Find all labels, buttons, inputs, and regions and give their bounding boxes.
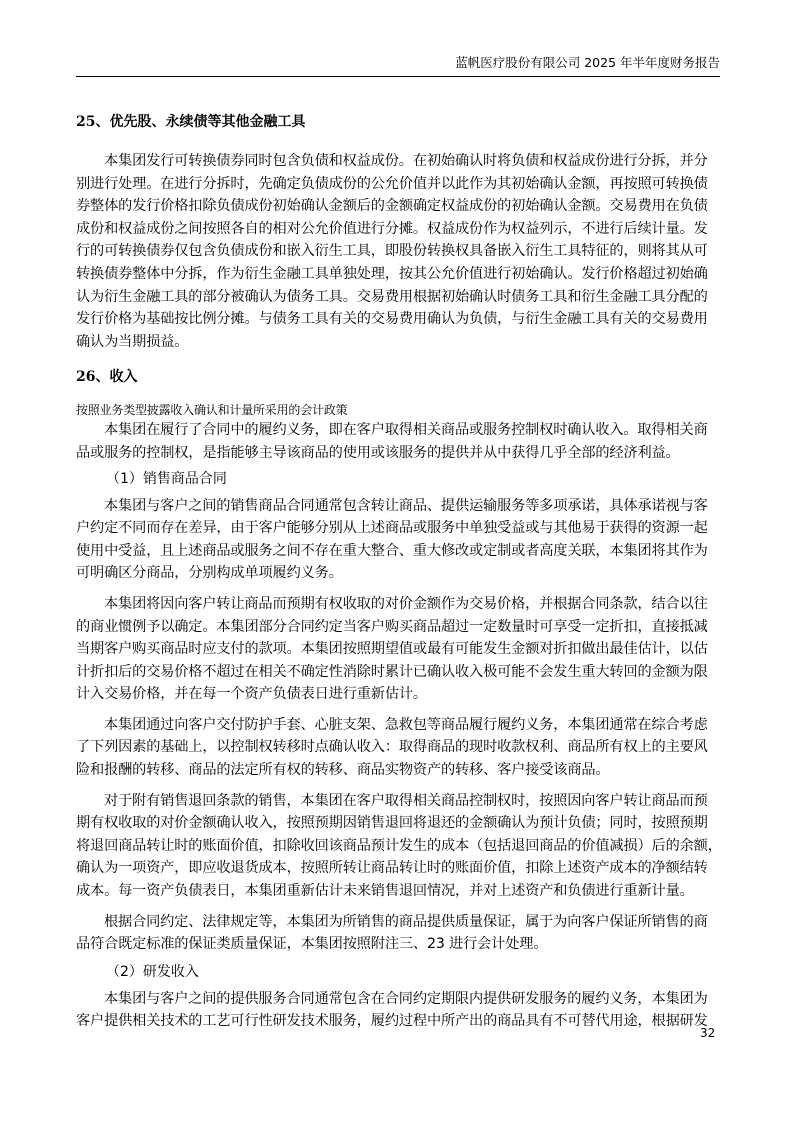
paragraph-rd-1: 本集团与客户之间的提供服务合同通常包含在合同约定期限内提供研发服务的履约义务，本… (76, 988, 720, 1033)
text-line: 计折扣后的交易价格不超过在相关不确定性消除时累计已确认收入极可能不会发生重大转回… (76, 661, 720, 684)
item-label-rd-revenue: （2）研发收入 (76, 962, 720, 982)
text-line: 成本。每一资产负债表日，本集团重新估计未来销售退回情况，并对上述资产和负债进行重… (76, 880, 720, 903)
text-line: 行的可转换债券仅包含负债成份和嵌入衍生工具，即股份转换权具备嵌入衍生工具特征的，… (76, 240, 720, 263)
page-header: 蓝帆医疗股份有限公司 2025 年半年度财务报告 (76, 54, 720, 77)
text-line: 成份和权益成份之间按照各自的相对公允价值进行分摊。权益成份作为权益列示，不进行后… (76, 218, 720, 241)
section-heading-25: 25、优先股、永续债等其他金融工具 (76, 112, 720, 132)
paragraph-convertible-bonds: 本集团发行可转换债券同时包含负债和权益成份。在初始确认时将负债和权益成份进行分拆… (76, 150, 720, 353)
paragraph-sales-5: 根据合同约定、法律规定等，本集团为所销售的商品提供质量保证，属于为向客户保证所销… (76, 911, 720, 956)
paragraph-sales-2: 本集团将因向客户转让商品而预期有权收取的对价金额作为交易价格，并根据合同条款，结… (76, 593, 720, 706)
text-line: 使用中受益，且上述商品或服务之间不存在重大整合、重大修改或定制或者高度关联，本集… (76, 540, 720, 563)
text-line: 本集团与客户之间的提供服务合同通常包含在合同约定期限内提供研发服务的履约义务，本… (76, 988, 720, 1011)
text-line: 了下列因素的基础上，以控制权转移时点确认收入：取得商品的现时收款权利、商品所有权… (76, 736, 720, 759)
text-line: 券整体的发行价格扣除负债成份初始确认金额后的金额确定权益成份的初始确认金额。交易… (76, 195, 720, 218)
text-line: 当期客户购买商品时应支付的款项。本集团按照期望值或最有可能发生金额对折扣做出最佳… (76, 638, 720, 661)
paragraph-sales-3: 本集团通过向客户交付防护手套、心脏支架、急救包等商品履行履约义务，本集团通常在综… (76, 714, 720, 782)
section-heading-26: 26、收入 (76, 367, 720, 387)
text-line: 确认为一项资产，即应收退货成本，按照所转让商品转让时的账面价值，扣除上述资产成本… (76, 857, 720, 880)
paragraph-sales-4: 对于附有销售退回条款的销售，本集团在客户取得相关商品控制权时，按照因向客户转让商… (76, 790, 720, 903)
text-line: 认为衍生金融工具的部分被确认为债务工具。交易费用根据初始确认时债务工具和衍生金融… (76, 286, 720, 309)
item-label-sales-contracts: （1）销售商品合同 (76, 469, 720, 489)
text-line: 本集团在履行了合同中的履约义务，即在客户取得相关商品或服务控制权时确认收入。取得… (76, 419, 720, 442)
text-line: 户约定不同而存在差异，由于客户能够分别从上述商品或服务中单独受益或与其他易于获得… (76, 517, 720, 540)
text-line: 将退回商品转让时的账面价值，扣除收回该商品预计发生的成本（包括退回商品的价值减损… (76, 835, 720, 858)
text-line: 转换债券整体中分拆，作为衍生金融工具单独处理，按其公允价值进行初始确认。发行价格… (76, 263, 720, 286)
text-line: 别进行处理。在进行分拆时，先确定负债成份的公允价值并以此作为其初始确认金额，再按… (76, 173, 720, 196)
paragraph-sales-1: 本集团与客户之间的销售商品合同通常包含转让商品、提供运输服务等多项承诺，具体承诺… (76, 495, 720, 585)
paragraph-revenue-intro: 本集团在履行了合同中的履约义务，即在客户取得相关商品或服务控制权时确认收入。取得… (76, 419, 720, 464)
text-line: 本集团与客户之间的销售商品合同通常包含转让商品、提供运输服务等多项承诺，具体承诺… (76, 495, 720, 518)
page-body: 25、优先股、永续债等其他金融工具 本集团发行可转换债券同时包含负债和权益成份。… (76, 112, 720, 1033)
text-line: 客户提供相关技术的工艺可行性研发技术服务，履约过程中所产出的商品具有不可替代用途… (76, 1010, 720, 1033)
text-line: 品符合既定标准的保证类质量保证，本集团按照附注三、23 进行会计处理。 (76, 933, 720, 956)
text-line: 根据合同约定、法律规定等，本集团为所销售的商品提供质量保证，属于为向客户保证所销… (76, 911, 720, 934)
page-number: 32 (700, 1026, 715, 1040)
text-line: 险和报酬的转移、商品的法定所有权的转移、商品实物资产的转移、客户接受该商品。 (76, 759, 720, 782)
text-line: 对于附有销售退回条款的销售，本集团在客户取得相关商品控制权时，按照因向客户转让商… (76, 790, 720, 813)
text-line: 本集团通过向客户交付防护手套、心脏支架、急救包等商品履行履约义务，本集团通常在综… (76, 714, 720, 737)
text-line: 本集团发行可转换债券同时包含负债和权益成份。在初始确认时将负债和权益成份进行分拆… (76, 150, 720, 173)
text-line: 确认为当期损益。 (76, 331, 720, 354)
text-line: 发行价格为基础按比例分摊。与债务工具有关的交易费用确认为负债，与衍生金融工具有关… (76, 308, 720, 331)
text-line: 品或服务的控制权，是指能够主导该商品的使用或该服务的提供并从中获得几乎全部的经济… (76, 442, 720, 465)
text-line: 期有权收取的对价金额确认收入，按照预期因销售退回将退还的金额确认为预计负债；同时… (76, 812, 720, 835)
text-line: 计入交易价格，并在每一个资产负债表日进行重新估计。 (76, 683, 720, 706)
text-line: 本集团将因向客户转让商品而预期有权收取的对价金额作为交易价格，并根据合同条款，结… (76, 593, 720, 616)
report-title: 蓝帆医疗股份有限公司 2025 年半年度财务报告 (455, 55, 720, 70)
text-line: 可明确区分商品，分别构成单项履约义务。 (76, 562, 720, 585)
subheading-revenue-policy: 按照业务类型披露收入确认和计量所采用的会计政策 (76, 401, 720, 419)
text-line: 的商业惯例予以确定。本集团部分合同约定当客户购买商品超过一定数量时可享受一定折扣… (76, 616, 720, 639)
